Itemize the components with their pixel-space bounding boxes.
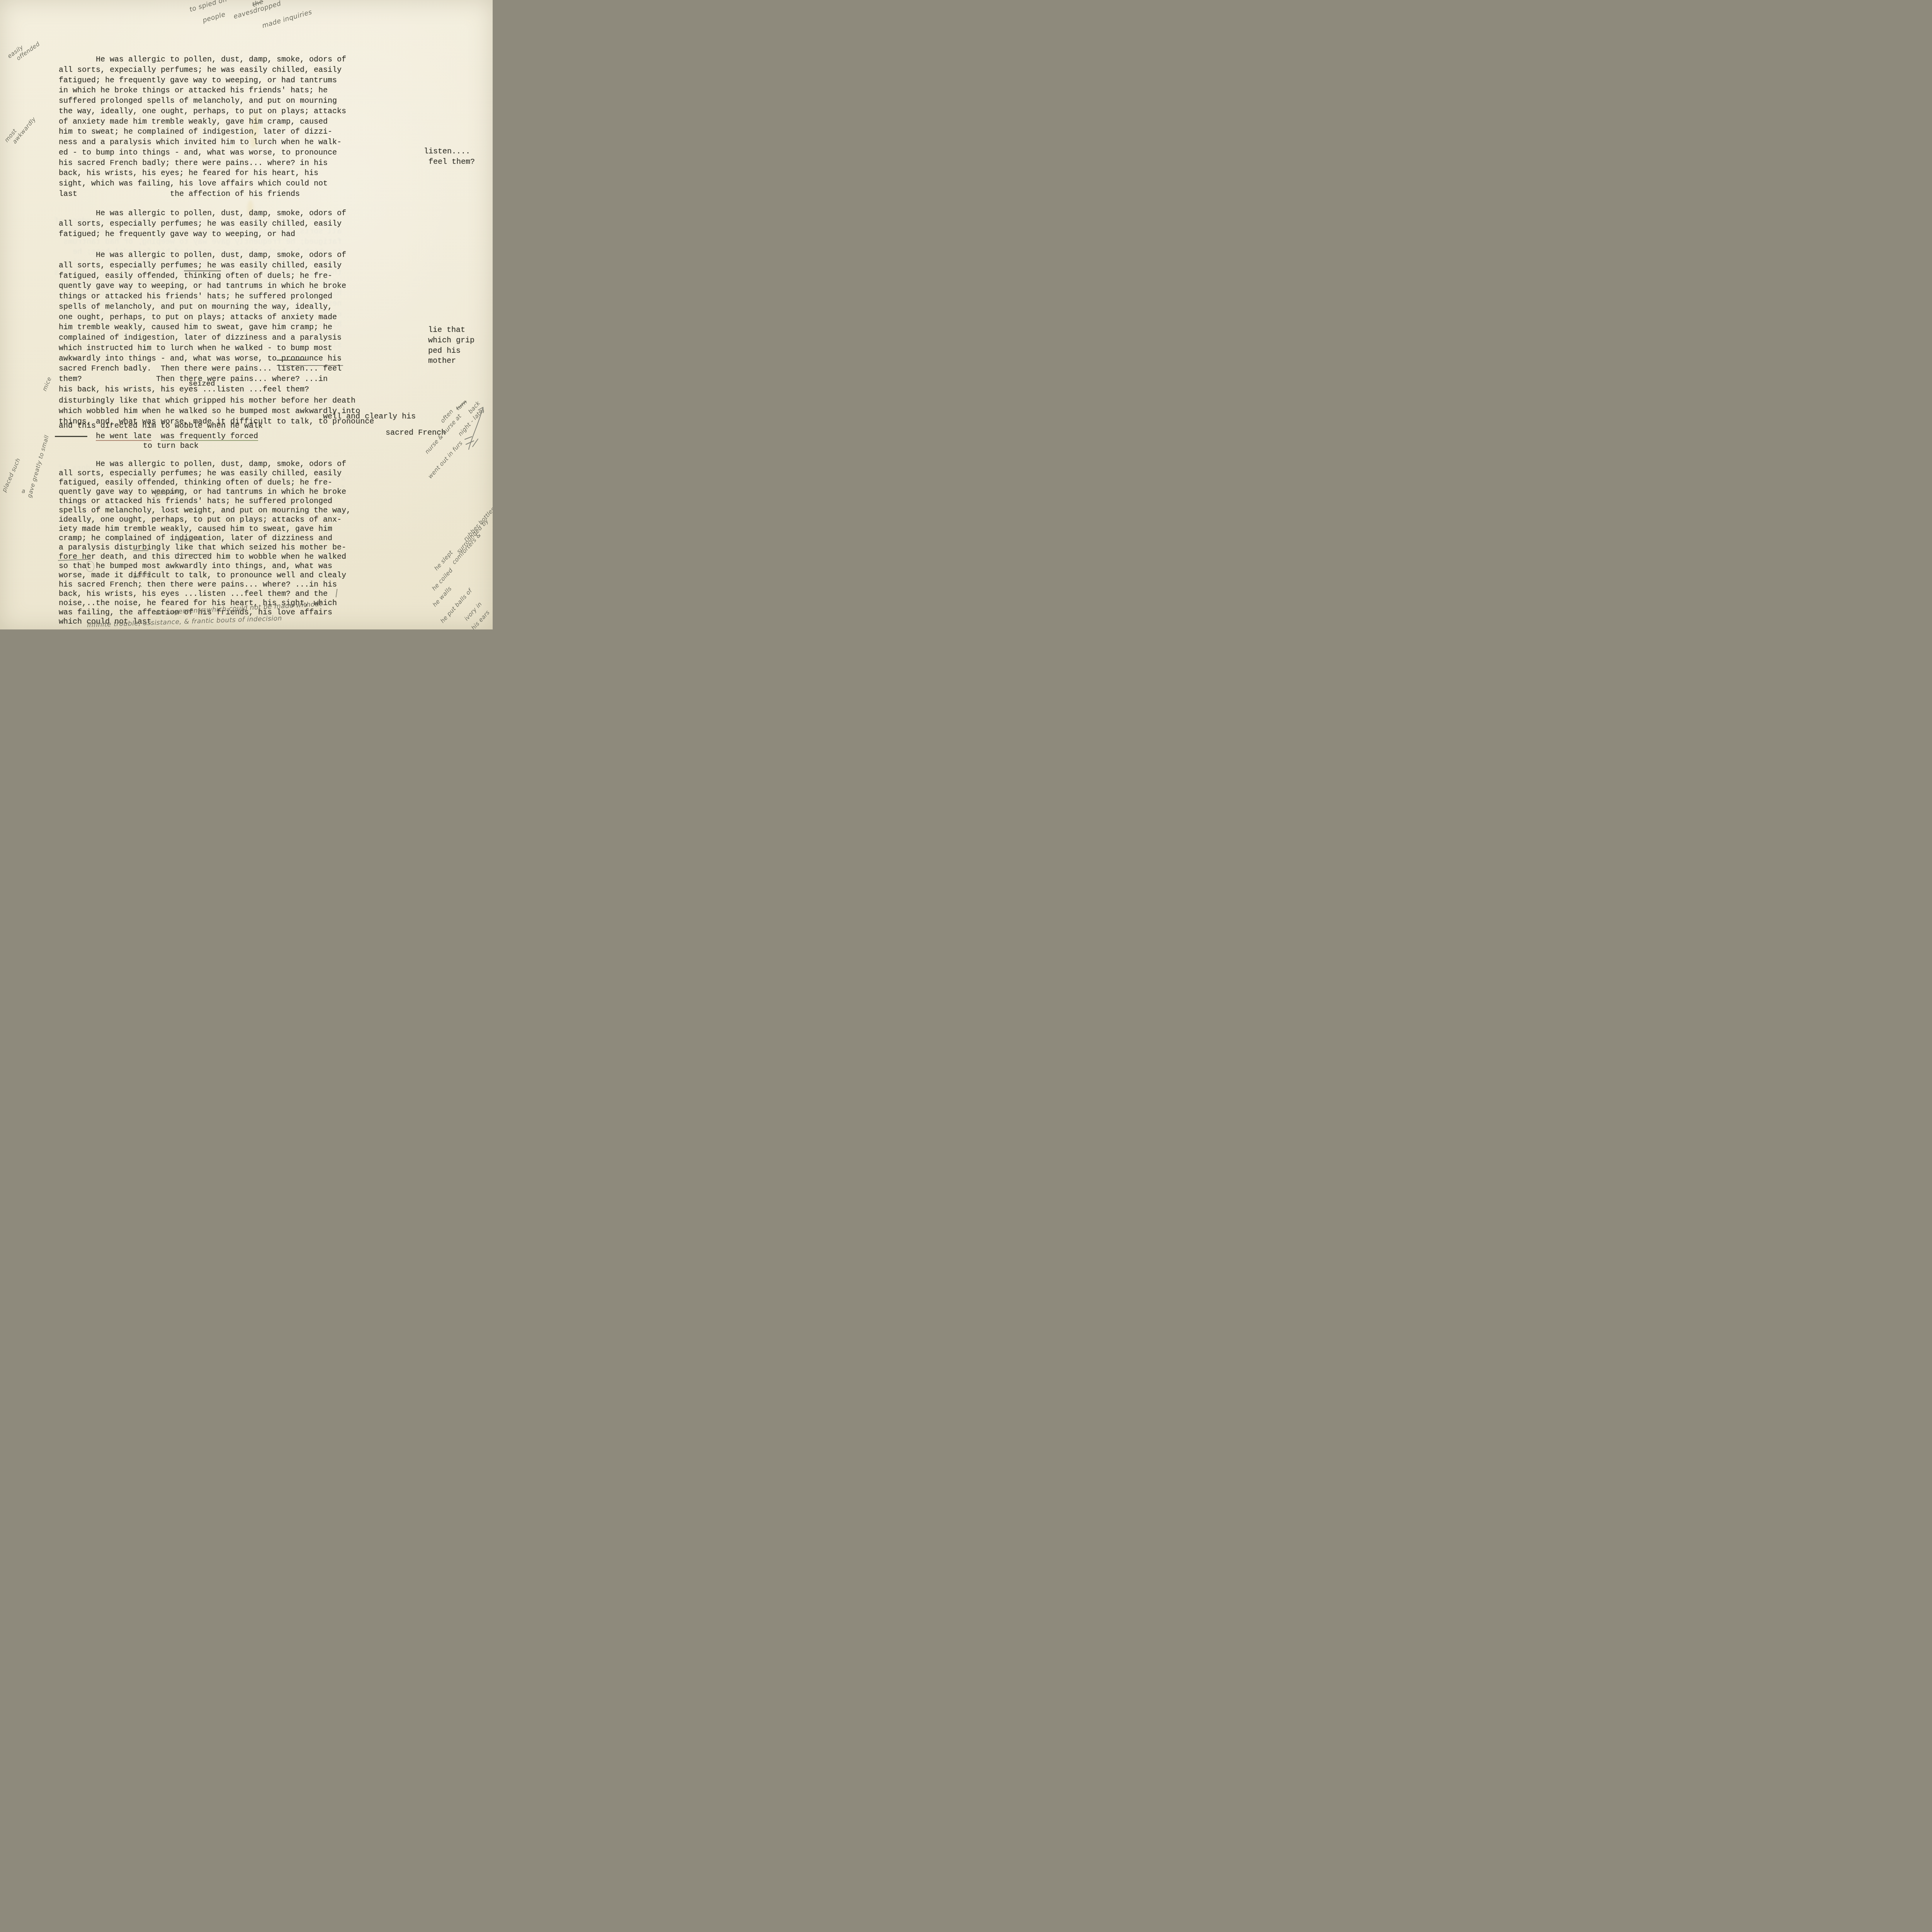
interlinear-typed-seized: seized bbox=[189, 379, 215, 389]
pencil-caret-mark: ^ bbox=[138, 585, 143, 591]
typed-paragraph-3: He was allergic to pollen, dust, damp, s… bbox=[59, 250, 346, 395]
handwritten-note-people: people bbox=[202, 10, 226, 24]
typed-paragraph-1: He was allergic to pollen, dust, damp, s… bbox=[59, 55, 346, 200]
handwritten-note-gave-greatly: gave greatly to small bbox=[26, 434, 50, 498]
typed-fragment-and-this-directed: and this directed him to wobble when he … bbox=[59, 421, 263, 432]
margin-note-listen: listen.... bbox=[424, 147, 470, 157]
handwritten-note-most-awkwardly: most awkwardly bbox=[3, 111, 37, 148]
typed-fragment-to-turn-back: to turn back bbox=[143, 441, 199, 452]
typed-fragment-well-and-clearly: well and clearly his bbox=[323, 412, 416, 422]
typed-paragraph-2: He was allergic to pollen, dust, damp, s… bbox=[59, 209, 346, 240]
handwritten-note-placed-such: placed such bbox=[1, 457, 22, 493]
handwritten-note-made-inquiries: made inquiries bbox=[261, 8, 313, 30]
handwritten-stray-letter: a bbox=[22, 488, 26, 495]
margin-note-feel-them: feel them? bbox=[429, 157, 475, 168]
manuscript-page: He was allergic to pollen, dust, damp, s… bbox=[0, 0, 493, 629]
handwritten-note-easily-offended: easily offended bbox=[6, 35, 41, 65]
dash-rule-mark bbox=[55, 436, 87, 437]
typed-fragment-he-went-late: he went late was frequently forced bbox=[96, 432, 258, 442]
margin-note-lie-that: lie that which grip ped his mother bbox=[428, 325, 474, 367]
handwritten-note-mice: mice bbox=[41, 376, 53, 392]
handwritten-note-struck-turn: turn bbox=[454, 398, 469, 412]
